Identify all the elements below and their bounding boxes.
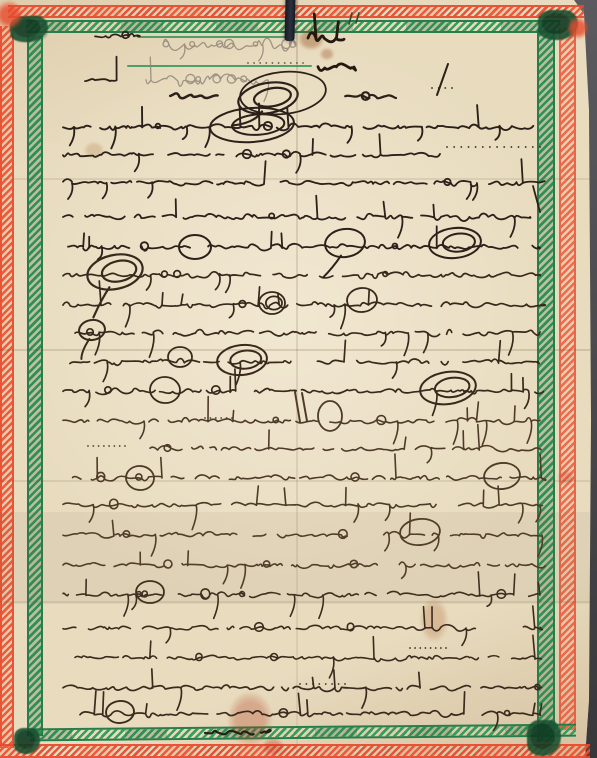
handwritten-line [75,329,540,357]
ink-dot [296,62,298,64]
circular-flourish [229,349,262,370]
ink-dot [87,445,89,447]
ink-dot [518,146,520,148]
ink-dot [124,445,126,447]
circular-flourish [434,375,471,399]
handwritten-line [63,397,540,446]
handwritten-line [73,454,546,482]
ink-slash [437,64,448,95]
ink-dot [453,146,455,148]
ink-dot [265,62,267,64]
ink-dot [440,647,442,649]
ink-dot [425,647,427,649]
pencil-scribbles [146,38,296,101]
ink-dot [253,62,255,64]
handwriting-layer [0,0,597,758]
ink-dot [318,683,320,685]
ink-dot [312,683,314,685]
pencil-scribble [163,38,296,61]
ink-dot [278,62,280,64]
circular-flourish [253,85,293,109]
ink-dot [451,87,453,89]
ink-dot [331,683,333,685]
circular-flourish [346,287,378,314]
header-word [308,14,344,42]
circular-flourish [323,226,367,259]
ink-dot [525,146,527,148]
handwritten-line [63,159,545,200]
ink-dot [226,417,228,419]
handwritten-line [80,691,542,730]
handwritten-line [75,635,541,678]
ink-dot [489,146,491,148]
ink-dot [259,62,261,64]
ink-dot [272,62,274,64]
ink-dot [302,62,304,64]
ink-dot [460,146,462,148]
ink-dot [119,445,121,447]
ink-slash [356,13,359,23]
flourish-tail [81,339,89,359]
header-word [95,32,140,39]
handwritten-text-lines [63,14,546,735]
ink-dot [446,146,448,148]
ink-dot [338,683,340,685]
ink-dot [414,647,416,649]
ink-dot [299,683,301,685]
ink-dot [445,647,447,649]
ink-dot [215,417,217,419]
flourish-tail [323,256,341,278]
ink-slash [349,13,352,24]
header-word [85,57,117,82]
circular-flourish [483,461,522,491]
flourish-tail [93,287,109,317]
circular-flourish [168,347,192,367]
ink-dot [290,62,292,64]
ink-dot [98,445,100,447]
circular-flourish [442,232,476,253]
ink-dot [92,445,94,447]
ink-dot [325,683,327,685]
ink-dot [103,445,105,447]
handwritten-line [63,196,531,238]
handwritten-line [70,340,539,384]
ink-dot [108,445,110,447]
handwritten-line [63,669,541,710]
handwritten-line [63,486,542,529]
circular-flourish [318,401,342,431]
pencil-scribble [146,57,269,101]
word-over-border [205,730,271,735]
ink-dot [475,146,477,148]
ink-dot [496,146,498,148]
ink-dot [284,62,286,64]
ink-dot [247,62,249,64]
ink-dot [430,647,432,649]
header-word [170,93,217,98]
ink-dot [468,146,470,148]
ink-dot [503,146,505,148]
ink-dot [511,146,513,148]
handwritten-line [63,281,545,329]
handwritten-line [63,606,542,645]
handwritten-line [63,103,533,148]
ink-dot-runs [87,62,541,685]
ink-dot [344,683,346,685]
ink-dot [231,417,233,419]
pin-string [284,0,295,41]
handwritten-line [63,551,545,588]
ink-dot [306,683,308,685]
ink-slash [533,186,540,212]
circular-flourish [149,376,181,404]
ink-dot [532,146,534,148]
ink-dot [210,417,212,419]
ink-dot [482,146,484,148]
ink-dot [220,417,222,419]
header-word [345,92,396,100]
ink-dot [114,445,116,447]
handwritten-line [63,134,440,173]
header-word [318,64,356,71]
ink-dot [419,647,421,649]
ink-slash [295,392,300,422]
ink-dot [444,87,446,89]
circular-flourish [100,258,138,285]
ink-dot [204,417,206,419]
ink-dot [435,647,437,649]
handwritten-line [63,513,543,556]
ink-dot [539,146,541,148]
ink-slash [302,393,307,421]
handwritten-line [63,572,540,619]
photo-background [0,0,597,758]
circular-flourish [399,517,441,547]
ink-dot [409,647,411,649]
ink-dot [431,87,433,89]
